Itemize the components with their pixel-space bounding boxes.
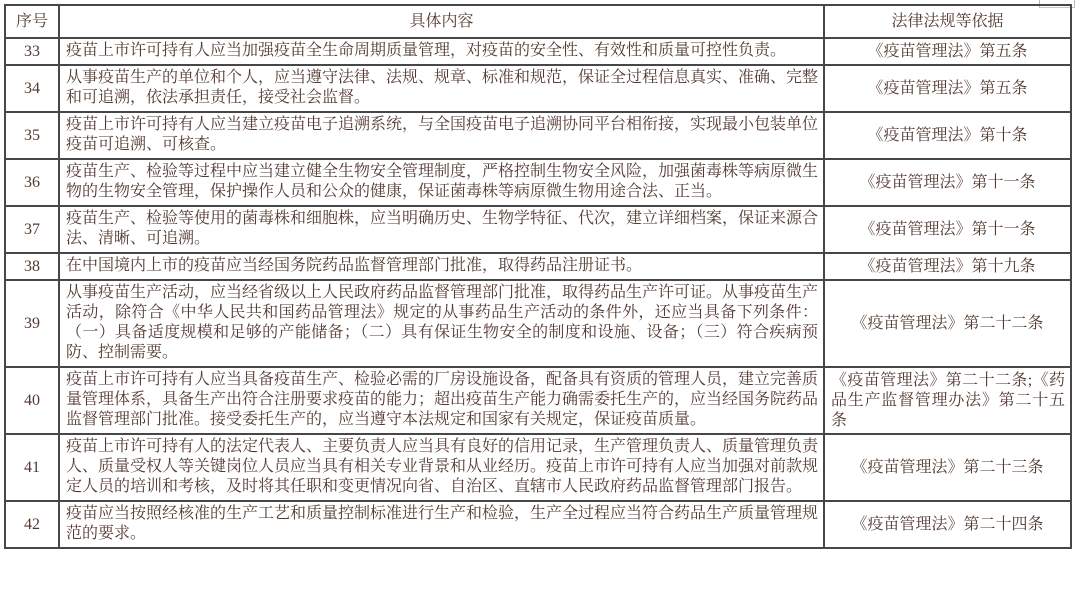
row-basis-cell: 《疫苗管理法》第五条 <box>824 38 1071 65</box>
table-row: 35 疫苗上市许可持有人应当建立疫苗电子追溯系统，与全国疫苗电子追溯协同平台相衔… <box>5 112 1071 159</box>
table-row: 42 疫苗应当按照经核准的生产工艺和质量控制标准进行生产和检验，生产全过程应当符… <box>5 501 1071 548</box>
row-number-cell: 39 <box>5 280 59 367</box>
row-number-cell: 33 <box>5 38 59 65</box>
document-page: 序号 具体内容 法律法规等依据 33 疫苗上市许可持有人应当加强疫苗全生命周期质… <box>0 0 1080 598</box>
table-row: 37 疫苗生产、检验等使用的菌毒株和细胞株，应当明确历史、生物学特征、代次，建立… <box>5 206 1071 253</box>
row-basis-cell: 《疫苗管理法》第五条 <box>824 65 1071 112</box>
row-basis-cell: 《疫苗管理法》第二十二条 <box>824 280 1071 367</box>
row-basis-cell: 《疫苗管理法》第十条 <box>824 112 1071 159</box>
row-number-cell: 38 <box>5 253 59 280</box>
header-col-number: 序号 <box>5 5 59 38</box>
table-row: 36 疫苗生产、检验等过程中应当建立健全生物安全管理制度，严格控制生物安全风险，… <box>5 159 1071 206</box>
row-content-cell: 疫苗上市许可持有人的法定代表人、主要负责人应当具有良好的信用记录，生产管理负责人… <box>59 434 824 501</box>
row-content-cell: 疫苗上市许可持有人应当加强疫苗全生命周期质量管理，对疫苗的安全性、有效性和质量可… <box>59 38 824 65</box>
row-basis-cell: 《疫苗管理法》第十一条 <box>824 159 1071 206</box>
table-row: 38 在中国境内上市的疫苗应当经国务院药品监督管理部门批准，取得药品注册证书。 … <box>5 253 1071 280</box>
row-content-cell: 疫苗上市许可持有人应当具备疫苗生产、检验必需的厂房设施设备，配备具有资质的管理人… <box>59 367 824 434</box>
row-basis-cell: 《疫苗管理法》第二十三条 <box>824 434 1071 501</box>
row-content-cell: 在中国境内上市的疫苗应当经国务院药品监督管理部门批准，取得药品注册证书。 <box>59 253 824 280</box>
row-content-cell: 疫苗上市许可持有人应当建立疫苗电子追溯系统，与全国疫苗电子追溯协同平台相衔接，实… <box>59 112 824 159</box>
row-number-cell: 40 <box>5 367 59 434</box>
row-basis-cell: 《疫苗管理法》第十一条 <box>824 206 1071 253</box>
table-row: 33 疫苗上市许可持有人应当加强疫苗全生命周期质量管理，对疫苗的安全性、有效性和… <box>5 38 1071 65</box>
table-header-row: 序号 具体内容 法律法规等依据 <box>5 5 1071 38</box>
row-number-cell: 35 <box>5 112 59 159</box>
table-row: 34 从事疫苗生产的单位和个人，应当遵守法律、法规、规章、标准和规范，保证全过程… <box>5 65 1071 112</box>
row-content-cell: 疫苗生产、检验等使用的菌毒株和细胞株，应当明确历史、生物学特征、代次，建立详细档… <box>59 206 824 253</box>
row-basis-cell: 《疫苗管理法》第二十二条;《药品生产监督管理办法》第二十五条 <box>824 367 1071 434</box>
row-number-cell: 34 <box>5 65 59 112</box>
row-content-cell: 从事疫苗生产活动，应当经省级以上人民政府药品监督管理部门批准，取得药品生产许可证… <box>59 280 824 367</box>
header-col-content: 具体内容 <box>59 5 824 38</box>
table-row: 40 疫苗上市许可持有人应当具备疫苗生产、检验必需的厂房设施设备，配备具有资质的… <box>5 367 1071 434</box>
row-content-cell: 疫苗生产、检验等过程中应当建立健全生物安全管理制度，严格控制生物安全风险，加强菌… <box>59 159 824 206</box>
row-basis-cell: 《疫苗管理法》第二十四条 <box>824 501 1071 548</box>
row-basis-cell: 《疫苗管理法》第十九条 <box>824 253 1071 280</box>
row-number-cell: 42 <box>5 501 59 548</box>
row-content-cell: 疫苗应当按照经核准的生产工艺和质量控制标准进行生产和检验，生产全过程应当符合药品… <box>59 501 824 548</box>
row-content-cell: 从事疫苗生产的单位和个人，应当遵守法律、法规、规章、标准和规范，保证全过程信息真… <box>59 65 824 112</box>
table-row: 41 疫苗上市许可持有人的法定代表人、主要负责人应当具有良好的信用记录，生产管理… <box>5 434 1071 501</box>
row-number-cell: 36 <box>5 159 59 206</box>
row-number-cell: 37 <box>5 206 59 253</box>
table-row: 39 从事疫苗生产活动，应当经省级以上人民政府药品监督管理部门批准，取得药品生产… <box>5 280 1071 367</box>
header-col-basis: 法律法规等依据 <box>824 5 1071 38</box>
row-number-cell: 41 <box>5 434 59 501</box>
regulation-table: 序号 具体内容 法律法规等依据 33 疫苗上市许可持有人应当加强疫苗全生命周期质… <box>4 4 1072 549</box>
